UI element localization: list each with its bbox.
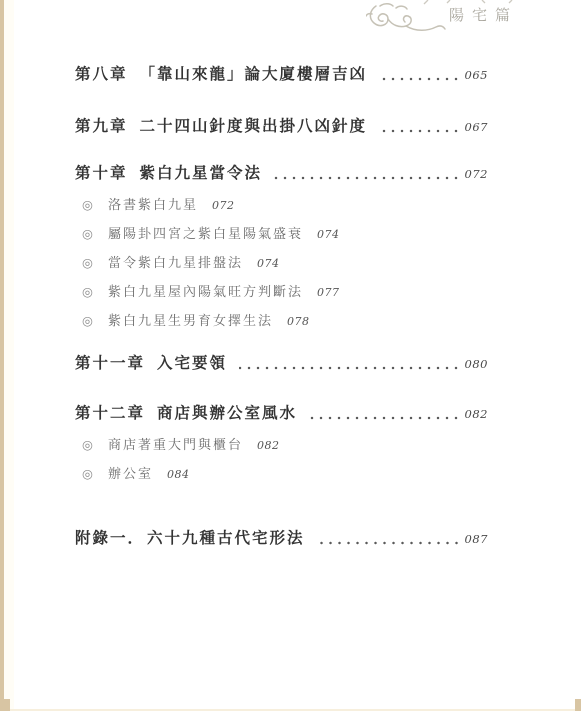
toc-chapter-row: 第八章 「靠山來龍」論大廈樓層吉凶 065 <box>75 64 488 86</box>
chapter-label: 第十一章 <box>75 353 145 375</box>
page-corner-bottom-left <box>0 699 10 711</box>
page-number: 080 <box>465 353 488 375</box>
subsection-title: 當令紫白九星排盤法 <box>108 253 243 273</box>
chapter-title: 二十四山針度與出掛八凶針度 <box>140 116 368 138</box>
toc-subsection-row: ◎ 紫白九星屋內陽氣旺方判斷法 077 <box>75 282 488 303</box>
page-number: 067 <box>465 116 488 138</box>
subsection-title: 商店著重大門與櫃台 <box>108 435 243 455</box>
page-number: 065 <box>465 64 488 86</box>
toc-subsection-row: ◎ 屬陽卦四宮之紫白星陽氣盛衰 074 <box>75 224 488 245</box>
page-number: 082 <box>465 403 488 425</box>
toc-chapter-row: 第十章 紫白九星當令法 072 <box>75 163 488 185</box>
page-corner-bottom-right <box>575 699 581 711</box>
book-page: 陽宅篇 第八章 「靠山來龍」論大廈樓層吉凶 065 第九章 二十四山針度與出掛八… <box>0 0 581 711</box>
chapter-label: 第十章 <box>75 163 128 185</box>
dot-leader <box>379 128 461 134</box>
page-number: 087 <box>465 528 488 550</box>
bullseye-bullet-icon: ◎ <box>82 282 108 302</box>
bullseye-bullet-icon: ◎ <box>82 253 108 273</box>
table-of-contents: 第八章 「靠山來龍」論大廈樓層吉凶 065 第九章 二十四山針度與出掛八凶針度 … <box>75 64 488 550</box>
section-title: 陽宅篇 <box>449 4 518 25</box>
bullseye-bullet-icon: ◎ <box>82 435 108 455</box>
appendix-title: 六十九種古代宅形法 <box>147 528 305 550</box>
subsection-title: 洛書紫白九星 <box>108 195 198 215</box>
subsection-title: 紫白九星生男育女擇生法 <box>108 311 273 331</box>
toc-chapter-row: 第九章 二十四山針度與出掛八凶針度 067 <box>75 116 488 138</box>
bullseye-bullet-icon: ◎ <box>82 195 108 215</box>
bullseye-bullet-icon: ◎ <box>82 464 108 484</box>
toc-subsection-row: ◎ 當令紫白九星排盤法 074 <box>75 253 488 274</box>
page-number: 072 <box>212 196 235 216</box>
page-number: 077 <box>317 283 340 303</box>
chapter-title: 紫白九星當令法 <box>140 163 263 185</box>
subsection-title: 辦公室 <box>108 464 153 484</box>
bullseye-bullet-icon: ◎ <box>82 311 108 331</box>
page-number: 074 <box>317 225 340 245</box>
chapter-title: 商店與辦公室風水 <box>157 403 297 425</box>
page-number: 084 <box>167 465 190 485</box>
dot-leader <box>379 76 461 82</box>
page-number: 074 <box>257 254 280 274</box>
page-number: 072 <box>465 163 488 185</box>
subsection-title: 紫白九星屋內陽氣旺方判斷法 <box>108 282 303 302</box>
page-edge-left-cream <box>4 0 14 711</box>
dot-leader <box>317 540 461 546</box>
toc-subsection-row: ◎ 紫白九星生男育女擇生法 078 <box>75 311 488 332</box>
subsection-title: 屬陽卦四宮之紫白星陽氣盛衰 <box>108 224 303 244</box>
appendix-label: 附錄一． <box>75 528 145 550</box>
floral-scroll-icon <box>366 2 448 32</box>
dot-leader <box>239 365 461 371</box>
chapter-title: 入宅要領 <box>157 353 227 375</box>
chapter-label: 第十二章 <box>75 403 145 425</box>
toc-appendix-row: 附錄一． 六十九種古代宅形法 087 <box>75 528 488 550</box>
page-number: 082 <box>257 436 280 456</box>
chapter-label: 第九章 <box>75 116 128 138</box>
dot-leader <box>309 415 461 421</box>
toc-chapter-row: 第十二章 商店與辦公室風水 082 <box>75 403 488 425</box>
toc-subsection-row: ◎ 洛書紫白九星 072 <box>75 195 488 216</box>
toc-chapter-row: 第十一章 入宅要領 080 <box>75 353 488 375</box>
toc-subsection-row: ◎ 商店著重大門與櫃台 082 <box>75 435 488 456</box>
page-number: 078 <box>287 312 310 332</box>
bullseye-bullet-icon: ◎ <box>82 224 108 244</box>
toc-subsection-row: ◎ 辦公室 084 <box>75 464 488 485</box>
chapter-title: 「靠山來龍」論大廈樓層吉凶 <box>140 64 368 86</box>
dot-leader <box>274 175 461 181</box>
chapter-label: 第八章 <box>75 64 128 86</box>
